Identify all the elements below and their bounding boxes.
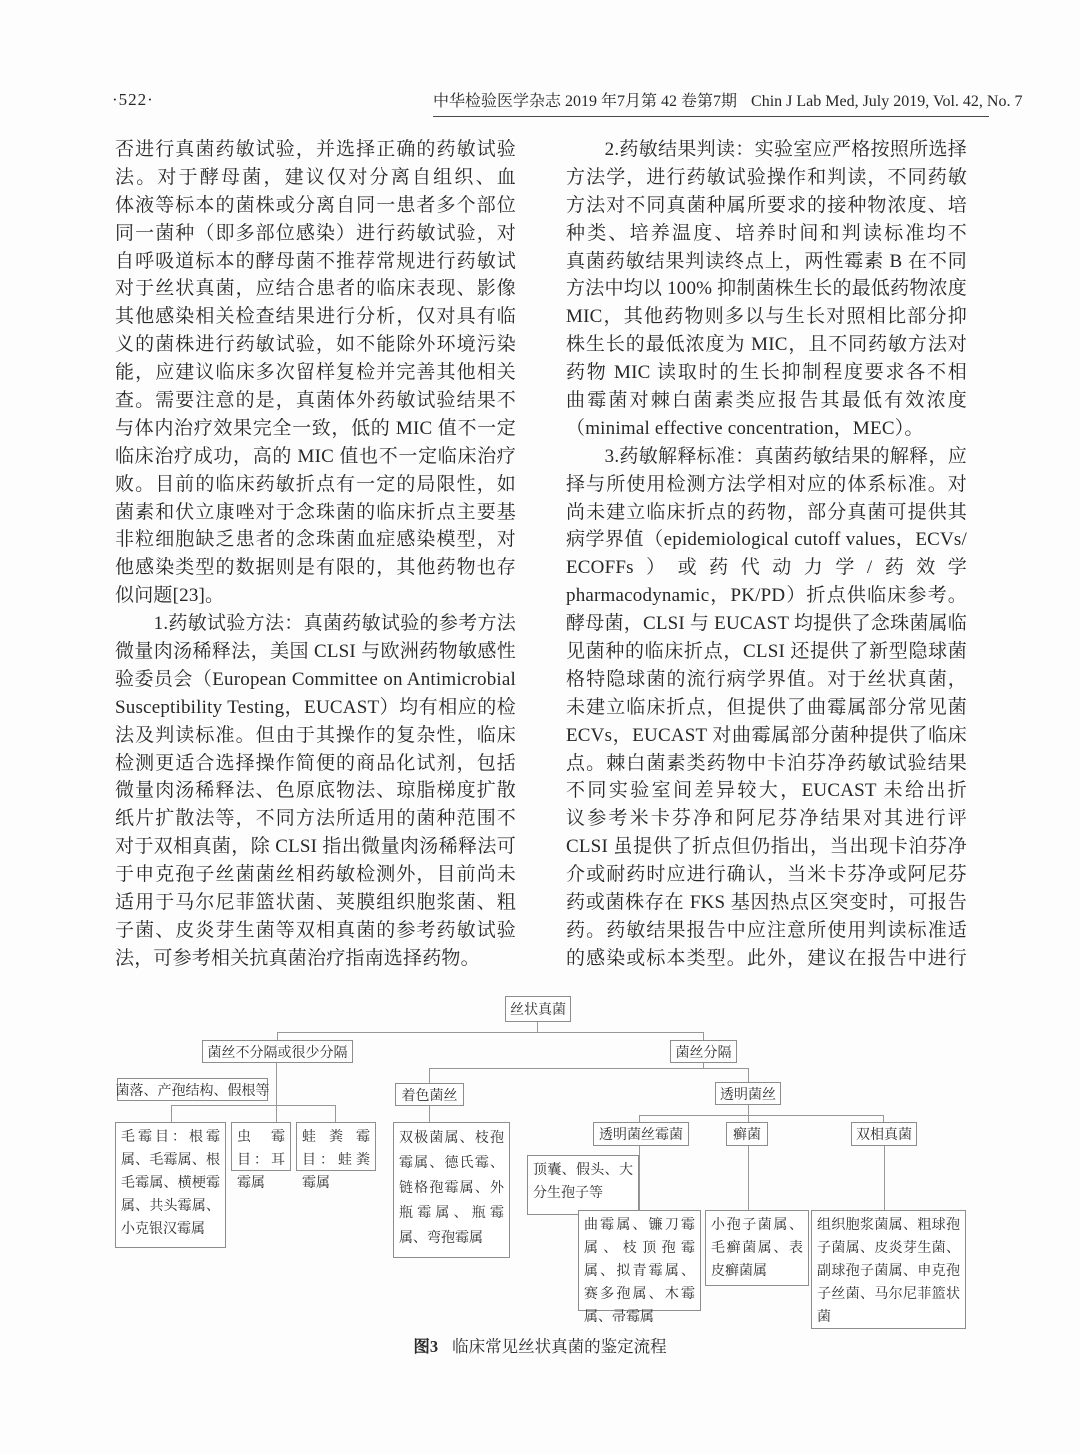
journal-title-en: Chin J Lab Med, July 2019, Vol. 42, No. …	[751, 93, 1022, 110]
text-line: 法，可参考相关抗真菌治疗指南选择药物。	[115, 945, 516, 973]
text-line: 自呼吸道标本的酵母菌不推荐常规进行药敏试验。	[115, 248, 516, 276]
text-line: 于申克孢子丝菌菌丝相药敏检测外，目前尚未建立	[115, 861, 516, 889]
text-line: 对于丝状真菌，应结合患者的临床表现、影像学及	[115, 275, 516, 303]
node-filamentous-fungi: 丝状真菌	[505, 996, 571, 1022]
connector-line	[748, 1105, 749, 1115]
text-line: 真菌药敏结果判读终点上，两性霉素 B 在不同药敏	[566, 248, 967, 276]
text-line: pharmacodynamic，PK/PD）折点供临床参考。对于	[566, 582, 967, 610]
node-hyaline-molds: 透明菌丝霉菌	[593, 1122, 689, 1146]
text-line: MIC，其他药物则多以与生长对照相比部分抑制菌	[566, 303, 967, 331]
text-line: 2.药敏结果判读：实验室应严格按照所选择的	[566, 136, 967, 164]
text-line: 格特隐球菌的流行病学界值。对于丝状真菌，CLSI	[566, 666, 967, 694]
leaf-hyaline-mold-genera: 曲霉属、镰刀霉属、枝顶孢霉属、拟青霉属、赛多孢属、木霉属、帚霉属	[578, 1210, 701, 1311]
text-line: 他感染类型的数据则是有限的，其他药物也存在类	[115, 554, 516, 582]
journal-title-cn: 中华检验医学杂志 2019 年7月第 42 卷第7期	[433, 93, 737, 110]
text-line: 择与所使用检测方法学相对应的体系标准。对于	[566, 471, 967, 499]
connector-line	[748, 1146, 749, 1210]
text-line: 查。需要注意的是，真菌体外药敏试验结果不一定	[115, 387, 516, 415]
connector-line	[276, 1105, 277, 1122]
text-line: 点。棘白菌素类药物中卡泊芬净药敏试验结果在	[566, 750, 967, 778]
text-line: 验委员会（European Committee on Antimicrobial	[115, 666, 516, 694]
text-line: 的感染或标本类型。此外，建议在报告中进行说明	[566, 945, 967, 973]
leaf-mucorales: 毛霉目：根霉属、毛霉属、根毛霉属、横梗霉属、共头霉属、小克银汉霉属	[115, 1122, 226, 1248]
connector-line	[429, 1068, 430, 1083]
text-line: 非粒细胞缺乏患者的念珠菌血症感染模型，对于其	[115, 526, 516, 554]
connector-line	[639, 1146, 640, 1210]
node-aseptate-hyphae: 菌丝不分隔或很少分隔	[202, 1040, 353, 1063]
text-line: 曲霉菌对棘白菌素类应报告其最低有效浓度	[566, 387, 967, 415]
text-line: 法及判读标准。但由于其操作的复杂性，临床常规	[115, 722, 516, 750]
node-dimorphic-fungi: 双相真菌	[851, 1122, 917, 1146]
text-line: 同一菌种（即多部位感染）进行药敏试验，对于分离	[115, 220, 516, 248]
text-line: 能，应建议临床多次留样复检并完善其他相关检	[115, 359, 516, 387]
connector-line	[277, 1032, 704, 1033]
text-line: 种类、培养温度、培养时间和判读标准均不同。在	[566, 220, 967, 248]
text-line: 方法学，进行药敏试验操作和判读，不同药敏试验	[566, 164, 967, 192]
text-line: 体液等标本的菌株或分离自同一患者多个部位的	[115, 192, 516, 220]
leaf-entomophthorales: 虫霉目：耳霉属	[231, 1122, 291, 1171]
text-line: CLSI 虽提供了折点但仍指出，当出现卡泊芬净中	[566, 833, 967, 861]
connector-line	[748, 1115, 749, 1122]
text-line: 否进行真菌药敏试验，并选择正确的药敏试验方	[115, 136, 516, 164]
connector-line	[883, 1115, 884, 1122]
text-line: 对于双相真菌，除 CLSI 指出微量肉汤稀释法可用	[115, 833, 516, 861]
text-line: 微量肉汤稀释法、色原底物法、琼脂梯度扩散法和	[115, 777, 516, 805]
scanned-paper-page: { "page": { "page_number": "·522·", "jou…	[0, 0, 1080, 1455]
leaf-dematiaceous-genera: 双极菌属、枝孢霉属、德氏霉、链格孢霉属、外瓶霉属、瓶霉属、弯孢霉属	[393, 1122, 510, 1258]
text-line: Susceptibility Testing，EUCAST）均有相应的检测方	[115, 694, 516, 722]
journal-header: 中华检验医学杂志 2019 年7月第 42 卷第7期Chin J Lab Med…	[433, 88, 989, 117]
connector-line	[429, 1106, 430, 1122]
connector-line	[276, 1063, 277, 1105]
text-line: 药。药敏结果报告中应注意所使用判读标准适用	[566, 917, 967, 945]
leaf-basidiobolales: 蛙粪霉目：蛙粪霉属	[296, 1122, 376, 1171]
text-line: ECOFFs）或药代动力学/药效学（pharmacokinetic/	[566, 554, 967, 582]
text-line: 介或耐药时应进行确认，当米卡芬净或阿尼芬净耐	[566, 861, 967, 889]
text-line: 微量肉汤稀释法，美国 CLSI 与欧洲药物敏感性试	[115, 638, 516, 666]
text-line: 法。对于酵母菌，建议仅对分离自组织、血液、无菌	[115, 164, 516, 192]
label-vesicle-conidia: 顶囊、假头、大分生孢子等	[527, 1155, 639, 1215]
page-number: ·522·	[112, 90, 154, 110]
connector-line	[639, 1115, 884, 1116]
text-line: 尚未建立临床折点的药物，部分真菌可提供其流行	[566, 499, 967, 527]
text-line: 似问题[23]。	[115, 582, 516, 610]
connector-line	[335, 1105, 336, 1122]
text-line: 见菌种的临床折点，CLSI 还提供了新型隐球菌和	[566, 638, 967, 666]
text-line: 败。目前的临床药敏折点有一定的局限性，如棘白	[115, 471, 516, 499]
connector-line	[703, 1032, 704, 1040]
figure-caption: 图3临床常见丝状真菌的鉴定流程	[0, 1333, 1080, 1357]
text-line: 检测更适合选择操作简便的商品化试剂，包括改良	[115, 750, 516, 778]
node-hyaline-hyphae: 透明菌丝	[715, 1082, 781, 1105]
node-septate-hyphae: 菌丝分隔	[670, 1040, 737, 1063]
text-line: 药物 MIC 读取时的生长抑制程度要求各不相同。	[566, 359, 967, 387]
text-line: 1.药敏试验方法：真菌药敏试验的参考方法是	[115, 610, 516, 638]
text-line: 病学界值（epidemiological cutoff values，ECVs/	[566, 526, 967, 554]
text-line: 方法对不同真菌种属所要求的接种物浓度、培养基	[566, 192, 967, 220]
text-line: 议参考米卡芬净和阿尼芬净结果对其进行评价；	[566, 805, 967, 833]
leaf-dimorphic-genera: 组织胞浆菌属、粗球孢子菌属、皮炎芽生菌、副球孢子菌属、申克孢子丝菌、马尔尼菲篮状…	[811, 1210, 966, 1329]
connector-line	[748, 1068, 749, 1082]
connector-line	[171, 1105, 172, 1122]
leaf-dermatophyte-genera: 小孢子菌属、毛癣菌属、表皮癣菌属	[705, 1210, 809, 1286]
connector-line	[537, 1022, 538, 1032]
text-line: 未建立临床折点，但提供了曲霉属部分常见菌种	[566, 694, 967, 722]
connector-line	[639, 1115, 640, 1122]
text-line: 适用于马尔尼菲篮状菌、荚膜组织胞浆菌、粗球孢	[115, 889, 516, 917]
figure-caption-text: 临床常见丝状真菌的鉴定流程	[452, 1337, 667, 1356]
text-line: 义的菌株进行药敏试验，如不能除外环境污染的可	[115, 331, 516, 359]
connector-line	[884, 1146, 885, 1210]
node-dermatophytes: 癣菌	[726, 1122, 768, 1146]
connector-line	[171, 1105, 336, 1106]
text-line: 与体内治疗效果完全一致，低的 MIC 值不一定预示	[115, 415, 516, 443]
text-line: 株生长的最低浓度为 MIC，且不同药敏方法对不同	[566, 331, 967, 359]
text-line: 方法中均以 100% 抑制菌株生长的最低药物浓度为	[566, 275, 967, 303]
figure-caption-label: 图3	[413, 1337, 438, 1356]
text-column-left: 否进行真菌药敏试验，并选择正确的药敏试验方法。对于酵母菌，建议仅对分离自组织、血…	[115, 136, 516, 973]
text-line: 其他感染相关检查结果进行分析，仅对具有临床意	[115, 303, 516, 331]
text-line: ECVs，EUCAST 对曲霉属部分菌种提供了临床折	[566, 722, 967, 750]
node-pigmented-hyphae: 着色菌丝	[395, 1083, 464, 1106]
text-line: 3.药敏解释标准：真菌药敏结果的解释，应选	[566, 443, 967, 471]
text-line: 纸片扩散法等，不同方法所适用的菌种范围不同。	[115, 805, 516, 833]
text-line: 临床治疗成功，高的 MIC 值也不一定临床治疗失	[115, 443, 516, 471]
text-column-right: 2.药敏结果判读：实验室应严格按照所选择的方法学，进行药敏试验操作和判读，不同药…	[566, 136, 967, 973]
text-line: 菌素和伏立康唑对于念珠菌的临床折点主要基于	[115, 499, 516, 527]
text-line: 药或菌株存在 FKS 基因热点区突变时，可报告耐	[566, 889, 967, 917]
text-line: 不同实验室间差异较大，EUCAST 未给出折点，建	[566, 777, 967, 805]
connector-line	[429, 1068, 749, 1069]
figure3-flowchart: 丝状真菌 菌丝不分隔或很少分隔 菌丝分隔 菌落、产孢结构、假根等 着色菌丝 透明…	[100, 990, 980, 1375]
text-line: （minimal effective concentration，MEC）。	[566, 415, 967, 443]
label-colony-structures: 菌落、产孢结构、假根等	[117, 1078, 268, 1101]
text-line: 酵母菌，CLSI 与 EUCAST 均提供了念珠菌属临床常	[566, 610, 967, 638]
connector-line	[277, 1032, 278, 1040]
text-line: 子菌、皮炎芽生菌等双相真菌的参考药敏试验方	[115, 917, 516, 945]
